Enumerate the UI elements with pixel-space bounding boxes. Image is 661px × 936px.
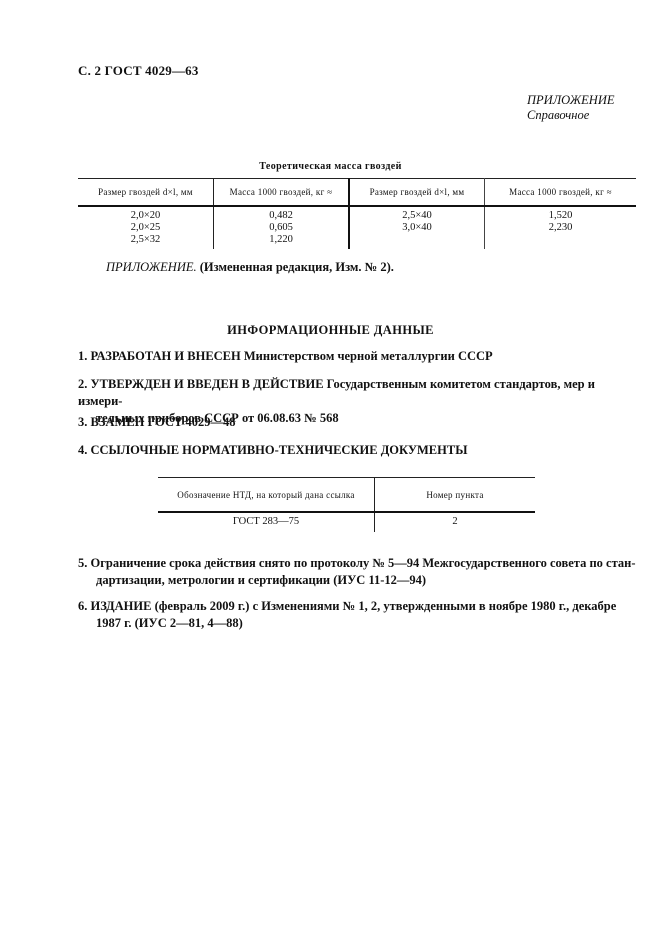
appendix-revision-note: ПРИЛОЖЕНИЕ. (Измененная редакция, Изм. №… [106,260,394,275]
info-item-text: 4. ССЫЛОЧНЫЕ НОРМАТИВНО-ТЕХНИЧЕСКИЕ ДОКУ… [78,443,467,457]
table1-title: Теоретическая масса гвоздей [0,161,661,172]
column-header-size-2: Размер гвоздей d×l, мм [349,179,485,207]
info-item-text: 1. РАЗРАБОТАН И ВНЕСЕН Министерством чер… [78,349,493,363]
table-row: ГОСТ 283—75 2 [158,512,535,532]
table-cell: ГОСТ 283—75 [158,512,375,532]
info-item-text: 2. УТВЕРЖДЕН И ВВЕДЕН В ДЕЙСТВИЕ Государ… [78,377,595,408]
table-cell: 2,5×32 [78,234,214,249]
table-row: 2,0×25 0,605 3,0×40 2,230 [78,222,636,234]
info-item-text: 3. ВЗАМЕН ГОСТ 4029—48 [78,415,235,429]
page-code-header: С. 2 ГОСТ 4029—63 [78,63,199,79]
table-cell: 2,230 [485,222,637,234]
table-cell: 2 [375,512,536,532]
table-cell: 0,482 [214,206,350,222]
info-item-4: 4. ССЫЛОЧНЫЕ НОРМАТИВНО-ТЕХНИЧЕСКИЕ ДОКУ… [78,442,638,459]
column-header-clause-number: Номер пункта [375,478,536,513]
appendix-subtitle: Справочное [527,108,614,123]
nail-mass-table: Размер гвоздей d×l, мм Масса 1000 гвозде… [78,178,636,249]
table-cell: 2,5×40 [349,206,485,222]
table-cell: 3,0×40 [349,222,485,234]
table-row: 2,0×20 0,482 2,5×40 1,520 [78,206,636,222]
table-header-row: Размер гвоздей d×l, мм Масса 1000 гвозде… [78,179,636,207]
table-cell [349,234,485,249]
note-text: (Измененная редакция, Изм. № 2). [197,260,394,274]
column-header-size-1: Размер гвоздей d×l, мм [78,179,214,207]
info-item-text: 6. ИЗДАНИЕ (февраль 2009 г.) с Изменения… [78,599,616,613]
table-header-row: Обозначение НТД, на который дана ссылка … [158,478,535,513]
note-label: ПРИЛОЖЕНИЕ. [106,260,197,274]
info-item-3: 3. ВЗАМЕН ГОСТ 4029—48 [78,414,638,431]
appendix-title: ПРИЛОЖЕНИЕ [527,93,614,108]
info-item-1: 1. РАЗРАБОТАН И ВНЕСЕН Министерством чер… [78,348,638,365]
info-item-text-cont: дартизации, метрологии и сертификации (И… [78,572,638,589]
reference-documents-table: Обозначение НТД, на который дана ссылка … [158,477,535,532]
column-header-document: Обозначение НТД, на который дана ссылка [158,478,375,513]
appendix-label: ПРИЛОЖЕНИЕ Справочное [527,93,614,123]
info-section-title: ИНФОРМАЦИОННЫЕ ДАННЫЕ [0,323,661,338]
column-header-mass-1: Масса 1000 гвоздей, кг ≈ [214,179,350,207]
table-cell: 1,520 [485,206,637,222]
table-cell: 1,220 [214,234,350,249]
column-header-mass-2: Масса 1000 гвоздей, кг ≈ [485,179,637,207]
table-row: 2,5×32 1,220 [78,234,636,249]
table-cell: 2,0×25 [78,222,214,234]
info-item-text: 5. Ограничение срока действия снято по п… [78,556,636,570]
table-cell: 2,0×20 [78,206,214,222]
table-cell: 0,605 [214,222,350,234]
info-item-6: 6. ИЗДАНИЕ (февраль 2009 г.) с Изменения… [78,598,638,632]
table-cell [485,234,637,249]
info-item-5: 5. Ограничение срока действия снято по п… [78,555,638,589]
info-item-text-cont: 1987 г. (ИУС 2—81, 4—88) [78,615,638,632]
